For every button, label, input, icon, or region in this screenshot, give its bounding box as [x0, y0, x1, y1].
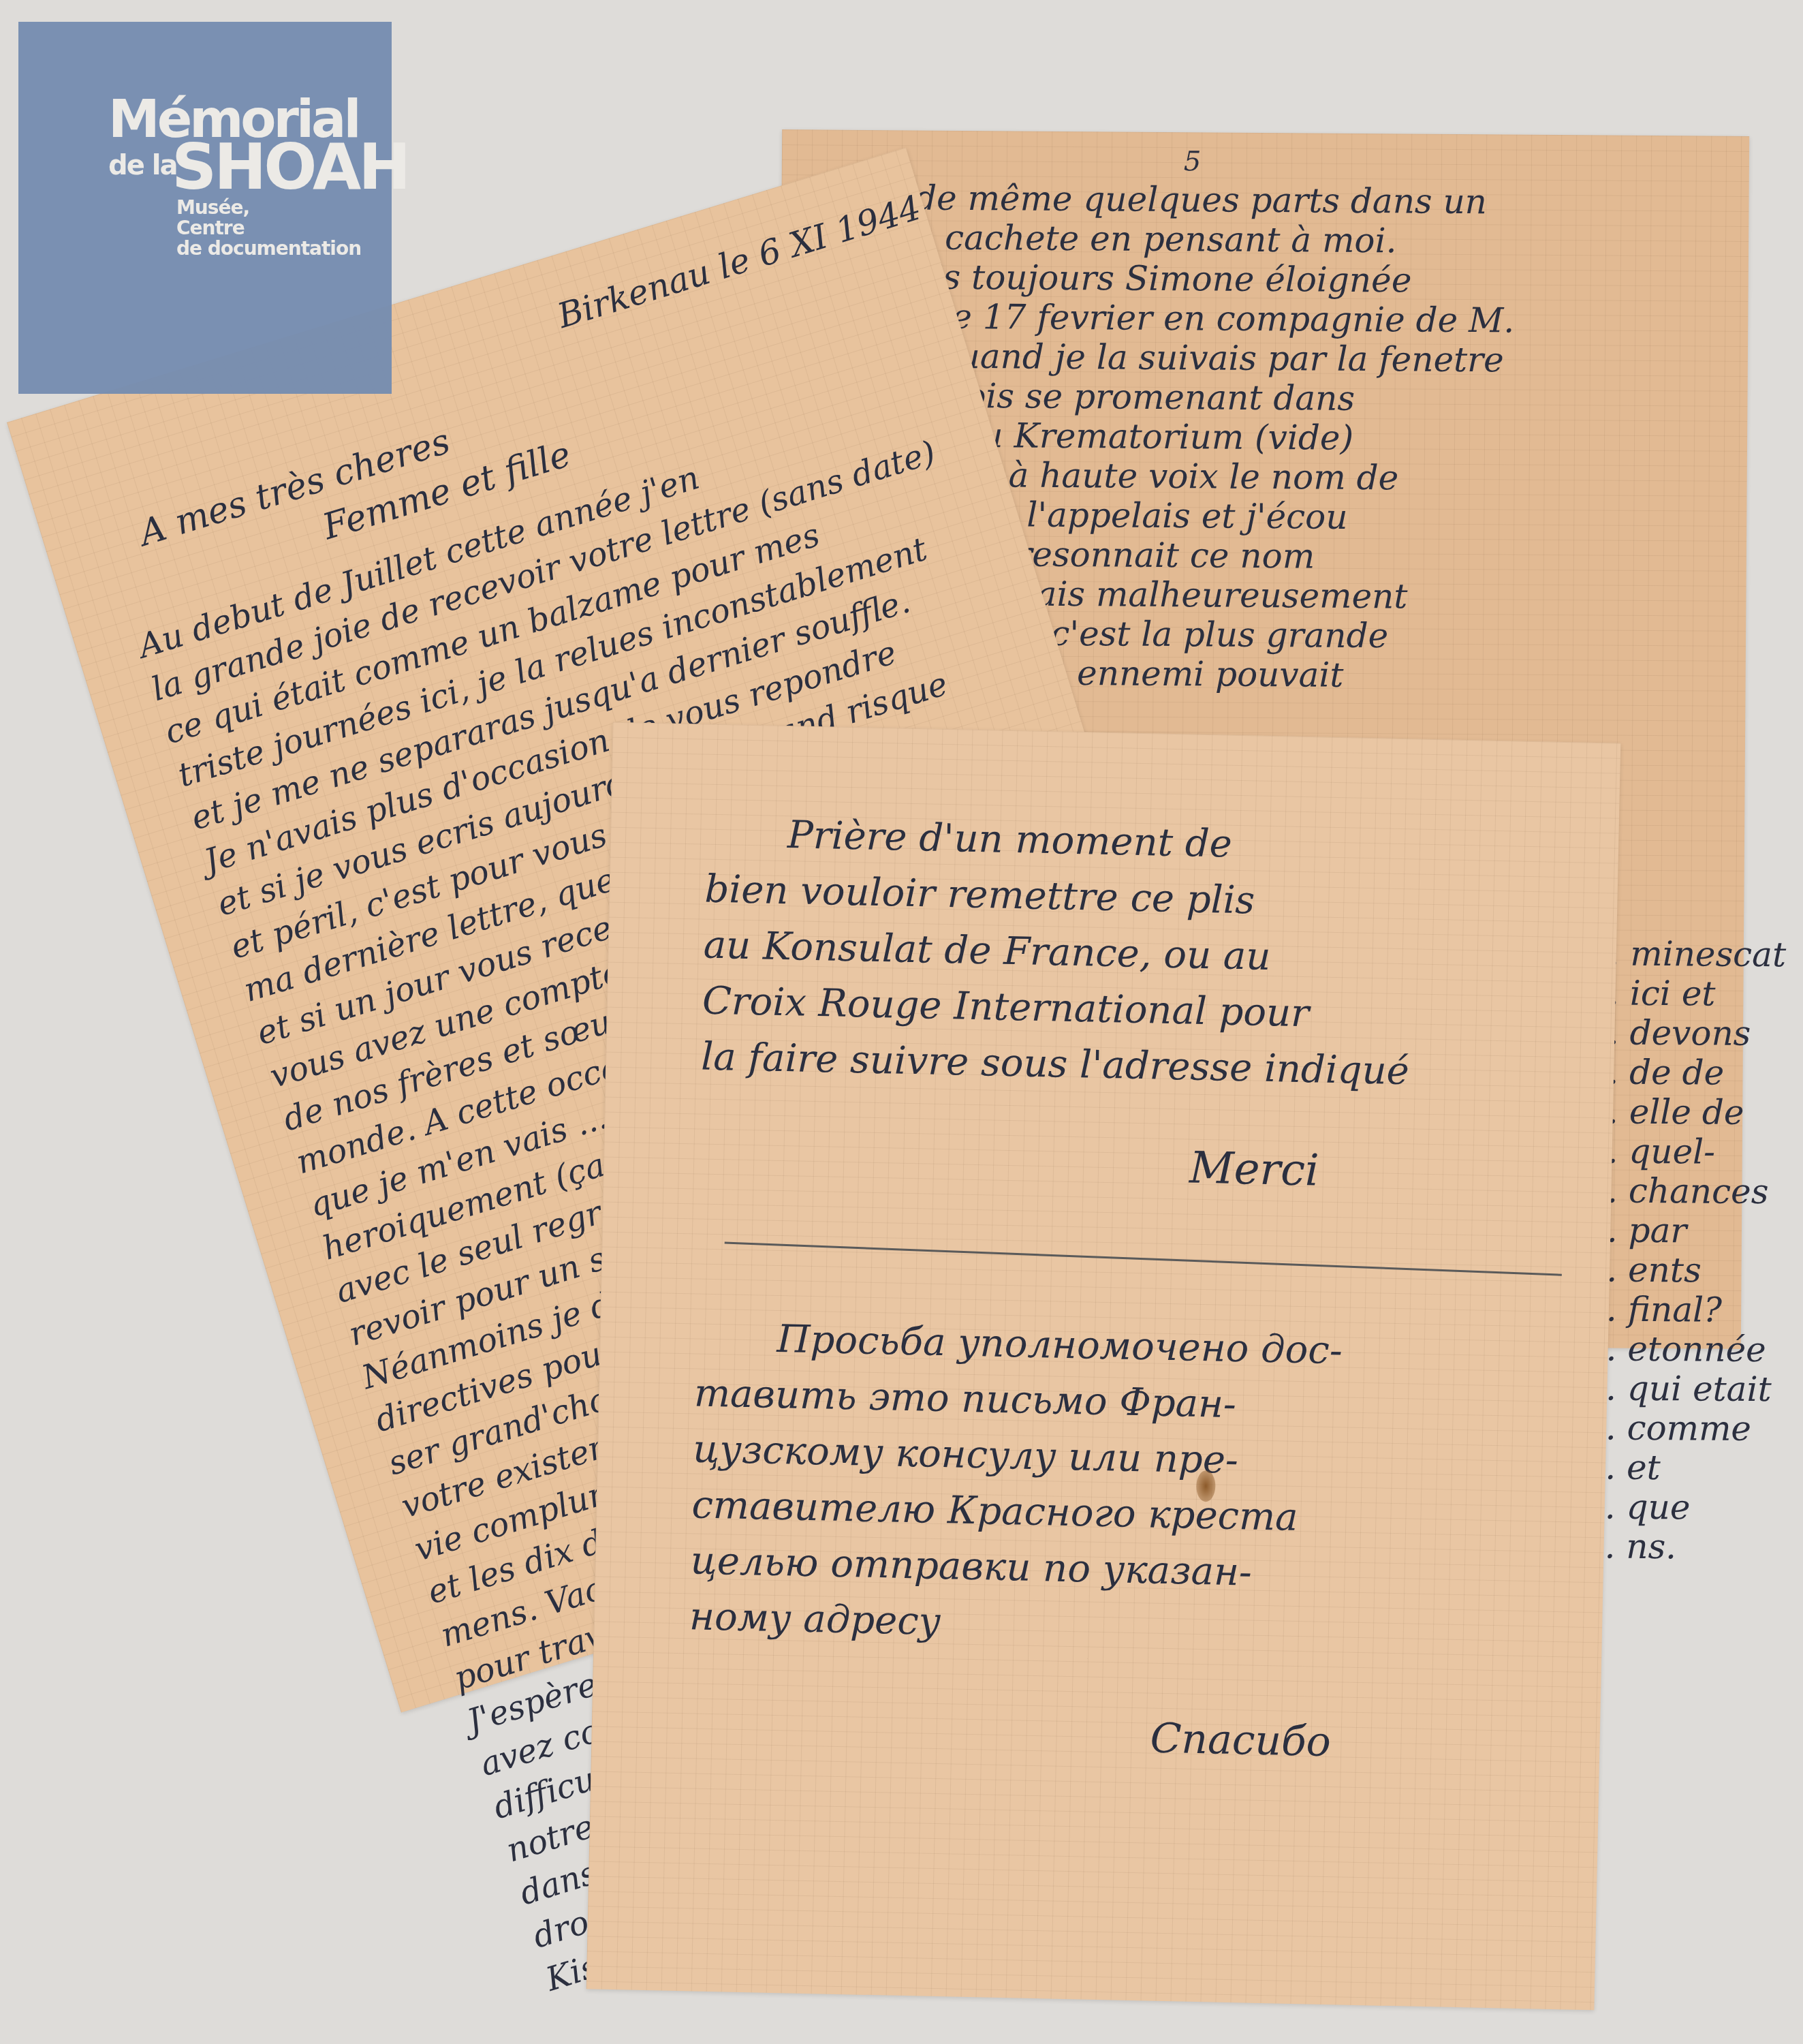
logo-subtitle: Musée, Centre de documentation: [176, 198, 361, 259]
note-french-closing: Merci: [1189, 1143, 1319, 1196]
logo-subtitle-line: Centre: [176, 218, 361, 238]
logo-shoah: SHOAH: [172, 131, 408, 204]
text-line: coin en cachete en pensant à moi.: [809, 217, 1791, 263]
memorial-shoah-logo: Mémorial de la SHOAH Musée, Centre de do…: [18, 22, 392, 394]
text-line: faites de même quelques parts dans un: [809, 177, 1791, 223]
note-russian-text: Просьба уполномочено дос- тавить это пис…: [689, 1310, 1343, 1658]
place-date: Birkenau le 6 XI 1944: [553, 188, 926, 337]
logo-subtitle-line: Musée,: [176, 198, 361, 218]
text-line: Je voyais toujours Simone éloignée: [809, 256, 1791, 303]
logo-subtitle-line: de documentation: [176, 238, 361, 259]
page-number: 5: [1184, 146, 1202, 177]
divider-line: [725, 1242, 1562, 1276]
note-russian-closing: Спасибо: [1150, 1715, 1332, 1767]
note-consulate-request: Prière d'un moment de bien vouloir remet…: [586, 722, 1621, 2011]
note-french-text: Prière d'un moment de bien vouloir remet…: [701, 806, 1415, 1100]
logo-de-la: de la: [108, 150, 176, 181]
